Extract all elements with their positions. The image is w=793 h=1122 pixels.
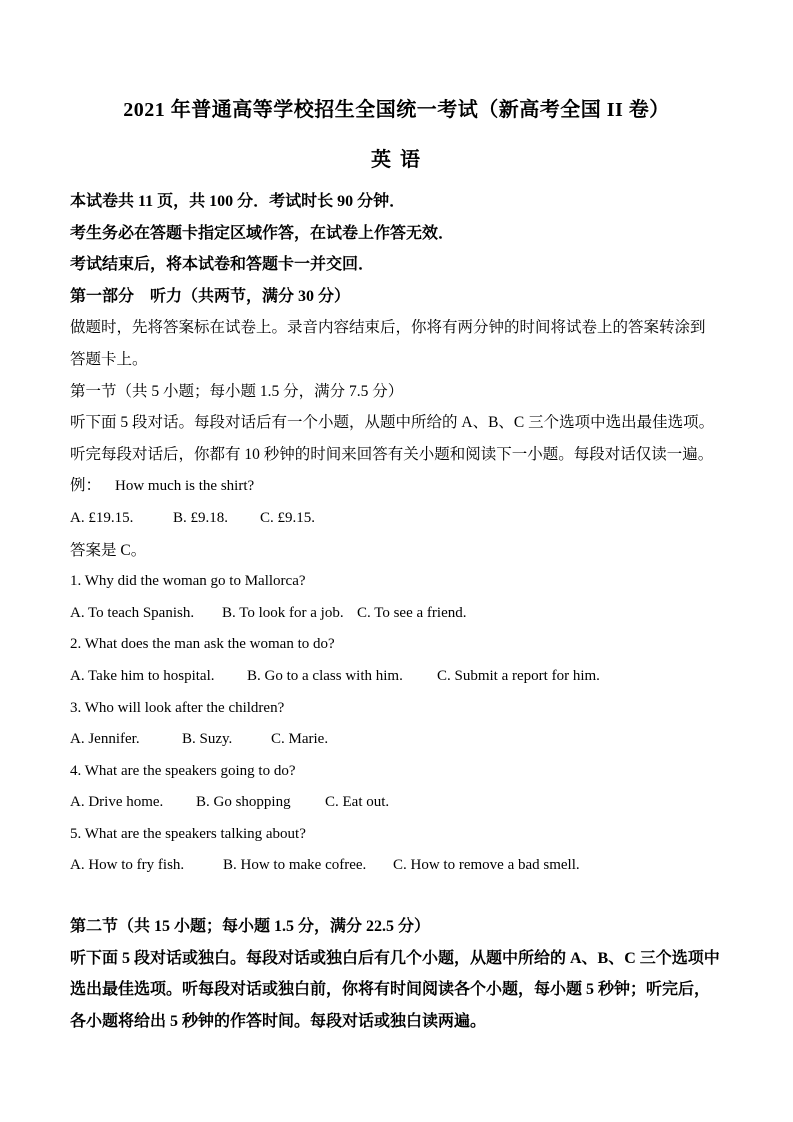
- section2-instruction-line-2: 选出最佳选项。听每段对话或独白前，你将有时间阅读各个小题，每小题 5 秒钟；听完…: [70, 974, 743, 1006]
- question-2-option-a: A. Take him to hospital.: [70, 661, 247, 693]
- question-3-option-c: C. Marie.: [271, 724, 328, 756]
- example-option-b: B. £9.18.: [173, 503, 260, 535]
- question-4-option-b: B. Go shopping: [196, 787, 325, 819]
- question-1-options-row: A. To teach Spanish.B. To look for a job…: [70, 598, 743, 630]
- notice-line-2: 考生务必在答题卡指定区域作答，在试卷上作答无效．: [70, 218, 743, 250]
- question-1-option-b: B. To look for a job.: [222, 598, 357, 630]
- question-5-text: 5. What are the speakers talking about?: [70, 819, 743, 851]
- section1-heading: 第一节（共 5 小题；每小题 1.5 分，满分 7.5 分）: [70, 376, 743, 408]
- section1-instruction-line-1: 听下面 5 段对话。每段对话后有一个小题，从题中所给的 A、B、C 三个选项中选…: [70, 407, 743, 439]
- question-3-option-a: A. Jennifer.: [70, 724, 182, 756]
- exam-title: 2021 年普通高等学校招生全国统一考试（新高考全国 II 卷）: [70, 96, 723, 124]
- section1-instruction-line-2: 听完每段对话后，你都有 10 秒钟的时间来回答有关小题和阅读下一小题。每段对话仅…: [70, 439, 743, 471]
- exam-paper-page: 2021 年普通高等学校招生全国统一考试（新高考全国 II 卷） 英 语 本试卷…: [0, 0, 793, 1122]
- example-label: 例：: [70, 477, 101, 494]
- question-1-option-a: A. To teach Spanish.: [70, 598, 222, 630]
- question-2-text: 2. What does the man ask the woman to do…: [70, 629, 743, 661]
- section2-instruction-line-3: 各小题将给出 5 秒钟的作答时间。每段对话或独白读两遍。: [70, 1006, 743, 1038]
- example-answer: 答案是 C。: [70, 535, 743, 567]
- part1-intro-line-2: 答题卡上。: [70, 344, 743, 376]
- example-question: How much is the shirt?: [115, 478, 254, 494]
- question-1-text: 1. Why did the woman go to Mallorca?: [70, 566, 743, 598]
- question-3-option-b: B. Suzy.: [182, 724, 271, 756]
- question-4-option-a: A. Drive home.: [70, 787, 196, 819]
- example-question-line: 例：How much is the shirt?: [70, 470, 743, 503]
- section2-instruction-line-1: 听下面 5 段对话或独白。每段对话或独白后有几个小题，从题中所给的 A、B、C …: [70, 943, 743, 975]
- question-2-options-row: A. Take him to hospital.B. Go to a class…: [70, 661, 743, 693]
- notice-line-1: 本试卷共 11 页，共 100 分．考试时长 90 分钟．: [70, 186, 743, 218]
- question-3-text: 3. Who will look after the children?: [70, 693, 743, 725]
- exam-body: 本试卷共 11 页，共 100 分．考试时长 90 分钟． 考生务必在答题卡指定…: [70, 186, 743, 1037]
- question-3-options-row: A. Jennifer.B. Suzy.C. Marie.: [70, 724, 743, 756]
- question-5-option-b: B. How to make cofree.: [223, 850, 393, 882]
- subject-title: 英 语: [70, 146, 723, 174]
- question-4-text: 4. What are the speakers going to do?: [70, 756, 743, 788]
- question-4-option-c: C. Eat out.: [325, 787, 389, 819]
- question-2-option-b: B. Go to a class with him.: [247, 661, 437, 693]
- question-5-option-c: C. How to remove a bad smell.: [393, 850, 580, 882]
- section2-heading: 第二节（共 15 小题；每小题 1.5 分，满分 22.5 分）: [70, 911, 743, 943]
- question-5-options-row: A. How to fry fish.B. How to make cofree…: [70, 850, 743, 882]
- example-option-c: C. £9.15.: [260, 503, 315, 535]
- part1-intro-line-1: 做题时，先将答案标在试卷上。录音内容结束后，你将有两分钟的时间将试卷上的答案转涂…: [70, 312, 743, 344]
- notice-line-3: 考试结束后，将本试卷和答题卡一并交回．: [70, 249, 743, 281]
- example-options-row: A. £19.15.B. £9.18.C. £9.15.: [70, 503, 743, 535]
- question-5-option-a: A. How to fry fish.: [70, 850, 223, 882]
- example-option-a: A. £19.15.: [70, 503, 173, 535]
- question-2-option-c: C. Submit a report for him.: [437, 661, 600, 693]
- question-4-options-row: A. Drive home.B. Go shoppingC. Eat out.: [70, 787, 743, 819]
- part1-heading: 第一部分 听力（共两节，满分 30 分）: [70, 281, 743, 313]
- question-1-option-c: C. To see a friend.: [357, 598, 466, 630]
